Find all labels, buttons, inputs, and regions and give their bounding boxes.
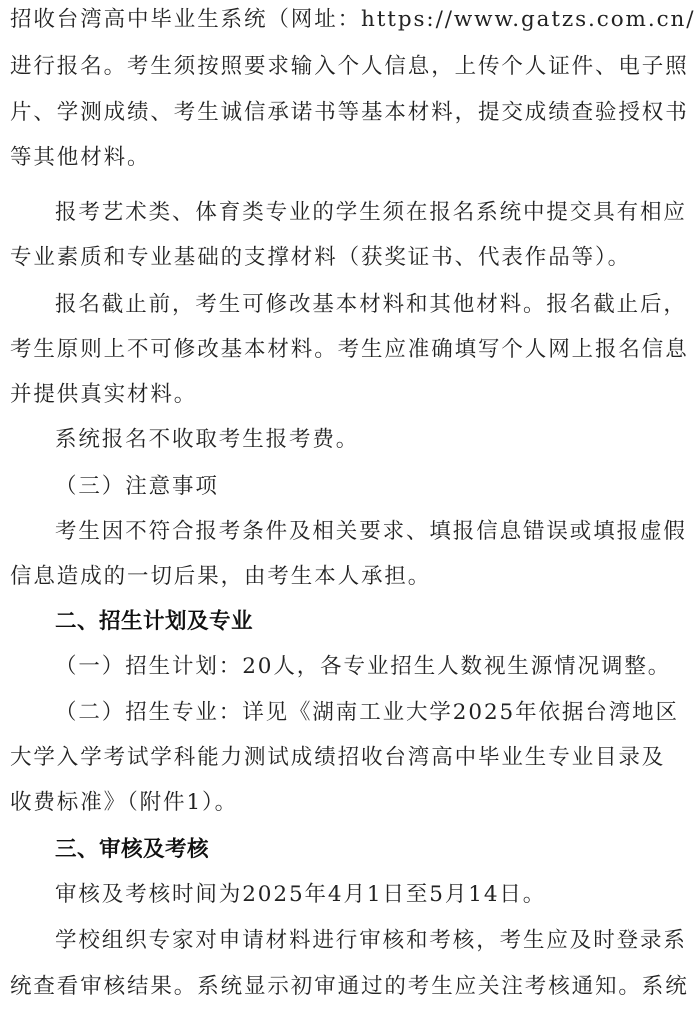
subsection-heading: （三）注意事项 xyxy=(55,472,686,502)
paragraph-line: 审核及考核时间为2025年4月1日至5月14日。 xyxy=(55,880,686,910)
paragraph-line: （一）招生计划：20人，各专业招生人数视生源情况调整。 xyxy=(55,652,686,682)
paragraph-line: 信息造成的一切后果，由考生本人承担。 xyxy=(10,562,686,592)
paragraph-line: 并提供真实材料。 xyxy=(10,380,686,410)
paragraph-line: 收费标准》（附件1）。 xyxy=(10,788,686,818)
section-heading: 三、审核及考核 xyxy=(55,835,686,865)
paragraph-line: 大学入学考试学科能力测试成绩招收台湾高中毕业生专业目录及 xyxy=(10,743,686,773)
paragraph-line: 专业素质和专业基础的支撑材料（获奖证书、代表作品等）。 xyxy=(10,243,686,273)
paragraph-line: 进行报名。考生须按照要求输入个人信息，上传个人证件、电子照 xyxy=(10,52,686,82)
paragraph-line: 报名截止前，考生可修改基本材料和其他材料。报名截止后， xyxy=(55,290,686,320)
paragraph-line: 学校组织专家对申请材料进行审核和考核，考生应及时登录系 xyxy=(55,926,686,956)
paragraph-line: 考生因不符合报考条件及相关要求、填报信息错误或填报虚假 xyxy=(55,517,686,547)
paragraph-line: 系统报名不收取考生报考费。 xyxy=(55,425,686,455)
paragraph-line: 片、学测成绩、考生诚信承诺书等基本材料，提交成绩查验授权书 xyxy=(10,98,686,128)
paragraph-line: 考生原则上不可修改基本材料。考生应准确填写个人网上报名信息 xyxy=(10,335,686,365)
paragraph-line: 招收台湾高中毕业生系统（网址：https://www.gatzs.com.cn/… xyxy=(10,5,686,35)
paragraph-line: 报考艺术类、体育类专业的学生须在报名系统中提交具有相应 xyxy=(55,198,686,228)
paragraph-line: （二）招生专业：详见《湖南工业大学2025年依据台湾地区 xyxy=(55,698,686,728)
paragraph-line: 等其他材料。 xyxy=(10,143,686,173)
section-heading: 二、招生计划及专业 xyxy=(55,607,686,637)
paragraph-line: 统查看审核结果。系统显示初审通过的考生应关注考核通知。系统 xyxy=(10,972,686,1002)
